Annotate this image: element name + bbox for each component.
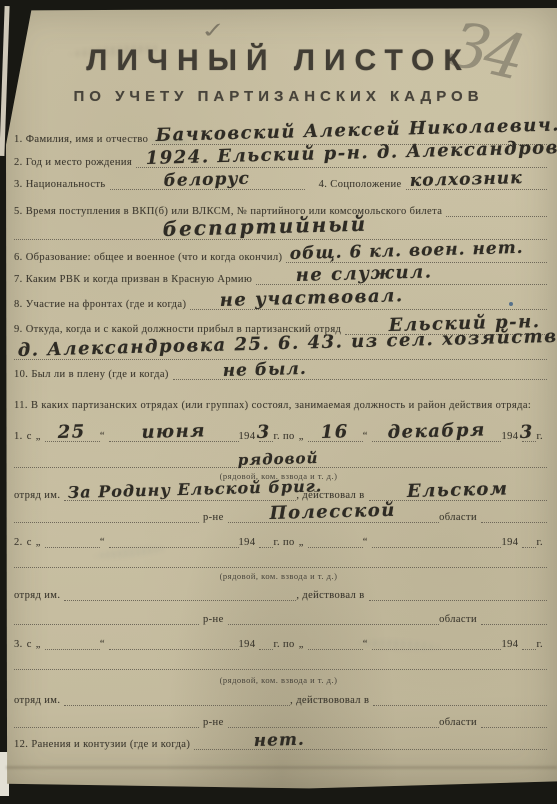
entry-2-unit-line (64, 584, 296, 601)
field-fronts-value: не участвовал. (220, 285, 404, 311)
entry-3-district-tail-line (481, 711, 547, 728)
entry-1-end-month: декабря (387, 419, 486, 443)
entry-2-acted-line (369, 584, 547, 601)
entry-1-acted-line: Ельском (369, 484, 547, 501)
field-party-line (446, 200, 547, 217)
field-fronts-line: не участвовал. (190, 293, 547, 310)
entry-1-endmonth-line: декабря (372, 425, 502, 442)
entry-1-end-year-digit: 3 (520, 422, 535, 443)
field-arrival-continuation: д. Александровка 25. 6. 43. из сел. хозя… (14, 342, 547, 360)
printed-g: г. (536, 537, 547, 548)
entry-1-day: 25 (58, 421, 87, 443)
printed-quote: “ (100, 537, 109, 548)
entry-1-year-digit: 3 (257, 422, 272, 443)
entry-2-endyeardigit-line (522, 531, 536, 548)
printed-quote: “ (363, 537, 372, 548)
printed-quote: “ (100, 639, 109, 650)
position-caption: (рядовой, ком. взвода и т. д.) (0, 571, 557, 581)
printed-quote: „ (36, 431, 45, 442)
field-party-continuation: беспартийный (14, 222, 547, 240)
entry-3-unit-line (64, 689, 290, 706)
printed-otryad: отряд им. (14, 590, 64, 601)
entry-1-day-line: 25 (45, 425, 100, 442)
form-title: ЛИЧНЫЙ ЛИСТОК (0, 44, 557, 78)
field-captivity-label: 10. Был ли в плену (где и когда) (14, 369, 173, 380)
printed-otryad: отряд им. (14, 695, 64, 706)
entry-3-month-line (109, 633, 239, 650)
entry-1-position-line: рядовой (14, 451, 547, 468)
entry-3-acted-line (373, 689, 547, 706)
printed-year: 194 (239, 639, 260, 650)
field-detachments-label: 11. В каких партизанских отрядах (или гр… (14, 398, 545, 413)
printed-s: с (27, 431, 36, 442)
entry-3-endyeardigit-line (522, 633, 536, 650)
printed-year: 194 (239, 537, 260, 548)
entry-1-endday-line: 16 (308, 425, 363, 442)
field-captivity-value: не был. (222, 359, 307, 381)
field-nationality-value: белорус (163, 169, 250, 191)
entry-3-district-lead-line (14, 711, 199, 728)
printed-year: 194 (501, 537, 522, 548)
service-entry-1-district-row: р-не Полесской области (14, 505, 547, 523)
entry-2-position-line (14, 551, 547, 568)
field-wounds-label: 12. Ранения и контузии (где и когда) (14, 739, 194, 750)
printed-s: с (27, 639, 36, 650)
entry-2-district-tail-line (481, 608, 547, 625)
field-education: 6. Образование: общее и военное (что и к… (14, 245, 547, 263)
entry-1-number: 1. (14, 431, 27, 442)
service-entry-1-unit-row: отряд им. За Родину Ельской бриг. , дейс… (14, 483, 547, 501)
service-entry-1-dates: 1. с „ 25 “ июня 194 3 г. по „ 16 “ дека… (14, 424, 547, 442)
field-birth: 2. Год и место рождения 1924. Ельский р-… (14, 150, 547, 168)
service-entry-3-position-row (14, 652, 547, 670)
field-rvk-value: не служил. (296, 261, 433, 286)
printed-rne: р-не (199, 717, 228, 728)
printed-g-po: г. по (273, 431, 298, 442)
entry-2-yeardigit-line (259, 531, 273, 548)
field-arrival-line2: д. Александровка 25. 6. 43. из сел. хозя… (14, 343, 547, 360)
printed-acted-typo: , действововал в (290, 695, 373, 706)
service-entry-2-district-row: р-не области (14, 607, 547, 625)
printed-oblast: области (439, 512, 481, 523)
entry-3-yeardigit-line (259, 633, 273, 650)
printed-rne: р-не (199, 614, 228, 625)
entry-1-end-day: 16 (321, 421, 350, 443)
entry-1-district: Полесской (270, 500, 397, 524)
entry-3-number: 3. (14, 639, 27, 650)
service-entry-3-dates: 3. с „ “ 194 г. по „ “ 194 г. (14, 632, 547, 650)
field-wounds-line: нет. (194, 733, 547, 750)
printed-quote: „ (36, 537, 45, 548)
field-social-value: колхозник (409, 168, 522, 191)
entry-2-district-line (228, 608, 439, 625)
service-entry-3-unit-row: отряд им. , действововал в (14, 688, 547, 706)
field-surname-label: 1. Фамилия, имя и отчество (14, 134, 152, 145)
check-mark: ✓ (200, 17, 228, 44)
entry-2-district-lead-line (14, 608, 199, 625)
service-entry-3-district-row: р-не области (14, 710, 547, 728)
field-wounds: 12. Ранения и контузии (где и когда) нет… (14, 732, 547, 750)
printed-g-po: г. по (273, 639, 298, 650)
entry-1-yeardigit-line: 3 (259, 425, 273, 442)
printed-year: 194 (501, 639, 522, 650)
entry-1-month: июня (141, 420, 206, 443)
entry-1-district-tail-line (481, 506, 547, 523)
field-party-value: беспартийный (163, 212, 368, 241)
field-captivity-line: не был. (173, 363, 547, 380)
printed-quote: „ (299, 537, 308, 548)
entry-1-endyeardigit-line: 3 (522, 425, 536, 442)
service-entry-1-position-row: рядовой (14, 450, 547, 468)
form-subtitle: ПО УЧЕТУ ПАРТИЗАНСКИХ КАДРОВ (0, 88, 557, 105)
entry-2-month-line (109, 531, 239, 548)
field-rvk-line: не служил. (256, 268, 547, 285)
printed-quote: „ (299, 431, 308, 442)
entry-1-district-lead-line (14, 506, 199, 523)
field-fronts-label: 8. Участие на фронтах (где и когда) (14, 299, 190, 310)
field-wounds-value: нет. (254, 730, 306, 751)
field-fronts: 8. Участие на фронтах (где и когда) не у… (14, 292, 547, 310)
printed-oblast: области (439, 614, 481, 625)
printed-oblast: области (439, 717, 481, 728)
printed-g: г. (536, 431, 547, 442)
field-education-label: 6. Образование: общее и военное (что и к… (14, 252, 286, 263)
field-birth-line: 1924. Ельский р-н. д. Александровка (136, 151, 547, 168)
field-rvk-label: 7. Каким РВК и когда призван в Красную А… (14, 274, 256, 285)
printed-quote: “ (100, 431, 109, 442)
entry-3-endmonth-line (372, 633, 502, 650)
printed-quote: „ (299, 639, 308, 650)
entry-3-endday-line (308, 633, 363, 650)
printed-g: г. (536, 639, 547, 650)
printed-rne: р-не (199, 512, 228, 523)
field-birth-label: 2. Год и место рождения (14, 157, 136, 168)
position-caption: (рядовой, ком. взвода и т. д.) (0, 675, 557, 685)
field-nationality-social: 3. Национальность белорус 4. Соцположени… (14, 172, 547, 190)
printed-s: с (27, 537, 36, 548)
field-rvk: 7. Каким РВК и когда призван в Красную А… (14, 267, 547, 285)
entry-3-day-line (45, 633, 100, 650)
field-captivity: 10. Был ли в плену (где и когда) не был. (14, 362, 547, 380)
entry-2-endday-line (308, 531, 363, 548)
entry-3-position-line (14, 653, 547, 670)
scanned-document: ✓ 34 ЛИЧНЫЙ ЛИСТОК ПО УЧЕТУ ПАРТИЗАНСКИХ… (0, 0, 557, 804)
printed-acted: , действовал в (296, 590, 368, 601)
field-social-line: колхозник (406, 173, 547, 190)
entry-3-district-line (228, 711, 439, 728)
field-nationality-line: белорус (110, 173, 305, 190)
paper-fold-shadow (6, 766, 557, 769)
entry-1-unit-line: За Родину Ельской бриг. (64, 484, 296, 501)
service-entry-2-unit-row: отряд им. , действовал в (14, 583, 547, 601)
entry-1-acted-in: Ельском (406, 478, 508, 502)
entry-1-district-line: Полесской (228, 506, 439, 523)
field-education-line: общ. 6 кл. воен. нет. (286, 246, 547, 263)
entry-2-number: 2. (14, 537, 27, 548)
field-nationality-label: 3. Национальность (14, 179, 110, 190)
service-entry-2-dates: 2. с „ “ 194 г. по „ “ 194 г. (14, 530, 547, 548)
entry-1-month-line: июня (109, 425, 239, 442)
entry-2-day-line (45, 531, 100, 548)
printed-quote: “ (363, 431, 372, 442)
printed-g-po: г. по (273, 537, 298, 548)
field-social-label: 4. Соцположение (305, 179, 406, 190)
entry-2-endmonth-line (372, 531, 502, 548)
printed-quote: “ (363, 639, 372, 650)
printed-otryad: отряд им. (14, 490, 64, 501)
service-entry-2-position-row (14, 550, 547, 568)
printed-quote: „ (36, 639, 45, 650)
field-party-line2: беспартийный (14, 223, 547, 240)
entry-1-position: рядовой (237, 449, 318, 469)
